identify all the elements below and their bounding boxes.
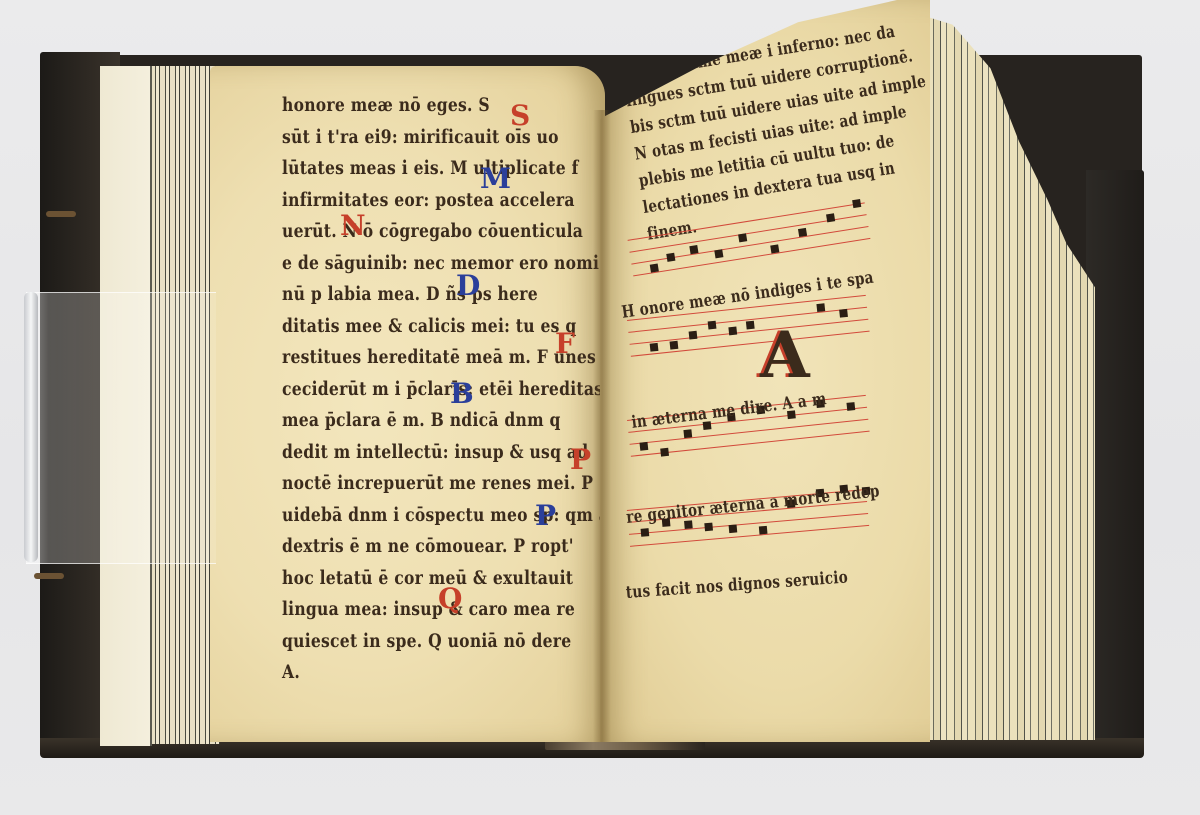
text-line: mea p̄clara ē m. B ndicā dnm q (282, 405, 553, 437)
clasp-pin-lower (34, 573, 64, 579)
initial-red-s: S (510, 106, 530, 126)
clasp-pin-upper (46, 211, 76, 217)
text-line: e de sāguinib: nec memor ero nomi (282, 248, 553, 280)
text-line: dextris ē m ne cōmouear. P ropt' (282, 531, 553, 563)
text-line: ceciderūt m i p̄clarīs: etēi hereditas (282, 374, 553, 406)
text-line: lūtates meas i eis. M ultiplicate f (282, 153, 553, 185)
right-manuscript-page[interactable]: lit. m. anime meæ i inferno: nec da ling… (600, 0, 930, 742)
text-line: quiescet in spe. Q uoniā nō dere (282, 626, 553, 658)
text-line: lingua mea: insup & caro mea re (282, 594, 553, 626)
text-line: noctē increpuerūt me renes mei. P (282, 468, 553, 500)
initial-blue-p: P (535, 506, 556, 526)
initial-blue-m: M (480, 169, 511, 189)
decorated-initial-a: A (760, 318, 810, 393)
chant-lyric-line: tus facit nos dignos seruicio (625, 564, 849, 606)
book-gutter-shadow (593, 110, 611, 742)
initial-blue-d: D (456, 276, 480, 296)
initial-red-f: F (555, 334, 575, 354)
text-line: dedit m intellectū: insup & usq ad (282, 437, 553, 469)
initial-blue-b: B (450, 384, 474, 404)
text-line: hoc letatū ē cor meū & exultauit (282, 563, 553, 595)
text-line: nū p labia mea. D ñs ps here (282, 279, 553, 311)
acrylic-strap-edge (24, 292, 38, 562)
text-line: infirmitates eor: postea accelera (282, 185, 553, 217)
text-line: uidebā dnm i cōspectu meo sp: qm a (282, 500, 553, 532)
acrylic-page-strap (26, 292, 216, 564)
left-manuscript-page[interactable]: honore meæ nō eges. S sūt i t'ra ei9: mi… (210, 66, 605, 742)
text-line: ditatis mee & calicis mei: tu es q (282, 311, 553, 343)
initial-red-n: N (340, 216, 366, 236)
initial-red-p: P (570, 450, 591, 470)
text-line: A. (282, 657, 553, 689)
text-line: uerūt. N ō cōgregabo cōuenticula (282, 216, 553, 248)
initial-red-q: Q (438, 589, 462, 609)
text-line: restitues hereditatē meā m. F unes (282, 342, 553, 374)
